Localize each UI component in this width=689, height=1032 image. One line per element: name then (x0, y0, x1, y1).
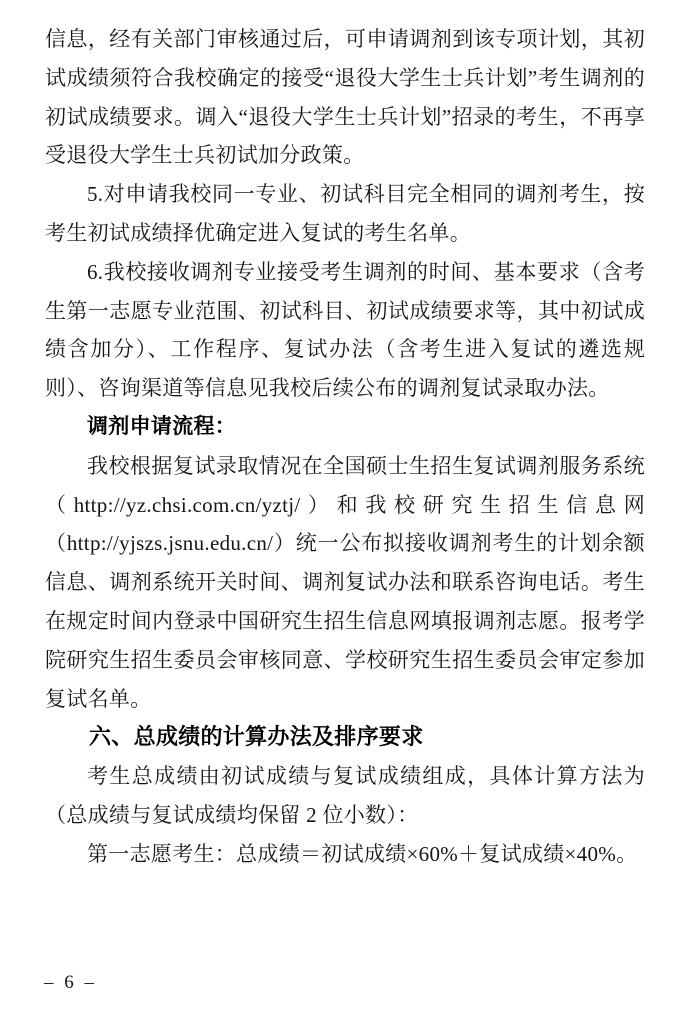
paragraph-item-6: 6.我校接收调剂专业接受考生调剂的时间、基本要求（含考生第一志愿专业范围、初试科… (45, 253, 645, 408)
heading-section-six-total-score: 六、总成绩的计算办法及排序要求 (45, 718, 645, 757)
chsi-url-text: http://yz.chsi.com.cn/yztj/ (74, 493, 301, 517)
paragraph-transfer-process-detail: 我校根据复试录取情况在全国硕士生招生复试调剂服务系统（http://yz.chs… (45, 447, 645, 719)
document-page: 信息，经有关部门审核通过后，可申请调剂到该专项计划，其初试成绩须符合我校确定的接… (0, 0, 689, 1032)
paragraph-first-choice-formula: 第一志愿考生：总成绩＝初试成绩×60%＋复试成绩×40%。 (45, 835, 645, 874)
paragraph-item-5: 5.对申请我校同一专业、初试科目完全相同的调剂考生，按考生初试成绩择优确定进入复… (45, 175, 645, 253)
page-number: – 6 – (44, 972, 97, 994)
heading-transfer-application-process: 调剂申请流程： (45, 408, 645, 447)
paragraph-total-score-composition: 考生总成绩由初试成绩与复试成绩组成，具体计算方法为（总成绩与复试成绩均保留 2 … (45, 757, 645, 835)
paragraph-special-plan-continuation: 信息，经有关部门审核通过后，可申请调剂到该专项计划，其初试成绩须符合我校确定的接… (45, 20, 645, 175)
transfer-text-segment-3: ）统一公布拟接收调剂考生的计划余额信息、调剂系统开关时间、调剂复试办法和联系咨询… (45, 531, 645, 710)
jsnu-url-text: http://yjszs.jsnu.edu.cn/ (67, 531, 273, 555)
document-body: 信息，经有关部门审核通过后，可申请调剂到该专项计划，其初试成绩须符合我校确定的接… (45, 20, 645, 874)
